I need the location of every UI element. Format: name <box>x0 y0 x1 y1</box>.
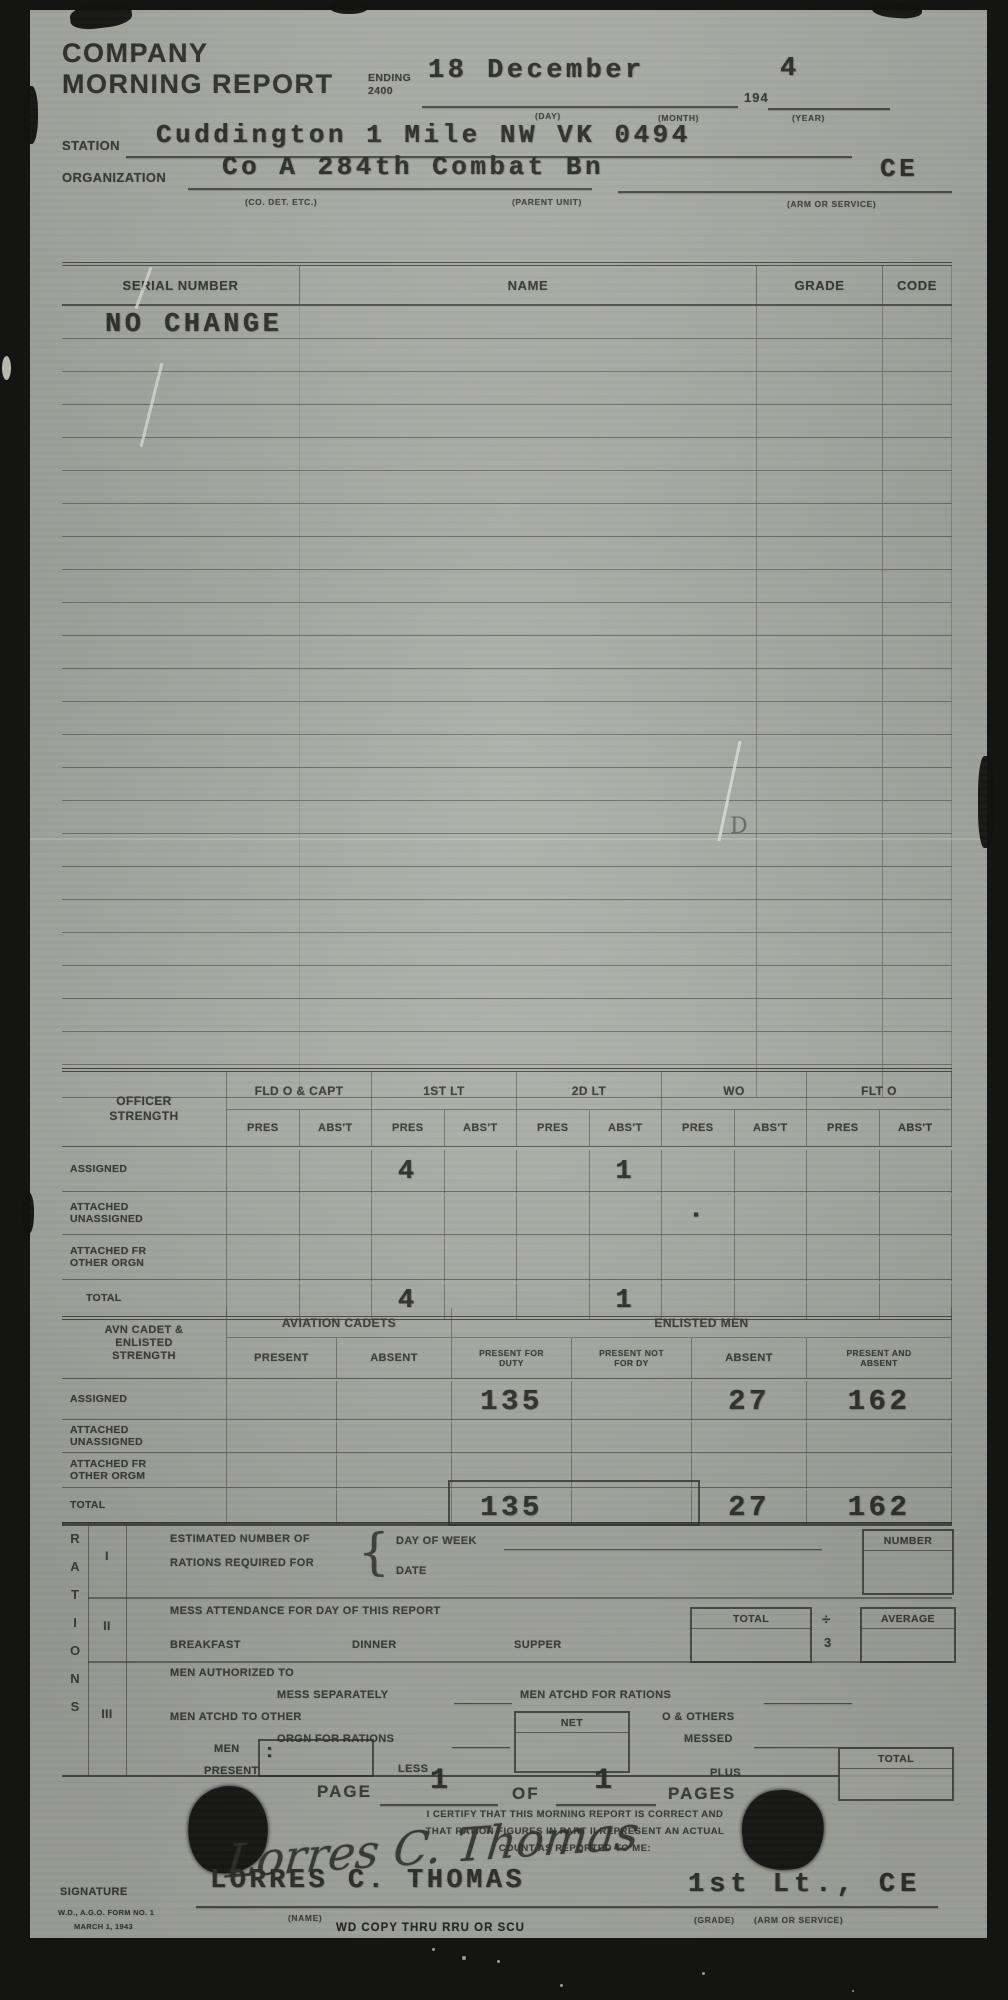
roster-row <box>62 372 952 405</box>
roster-cell-grade <box>757 735 883 767</box>
table-cell <box>662 1150 735 1194</box>
roster-header-code: CODE <box>883 266 952 304</box>
col-group-aviation-cadets: AVIATION CADETS <box>227 1308 452 1338</box>
subcol-pres: PRES <box>807 1110 880 1146</box>
roster-cell-serial <box>62 867 300 899</box>
grade-label: (GRADE) <box>694 1915 735 1925</box>
roster-cell-serial <box>62 537 300 569</box>
year-underline <box>768 108 890 110</box>
roster-cell-serial <box>62 471 300 503</box>
date-label: DATE <box>396 1565 427 1577</box>
scan-artifact <box>30 838 987 840</box>
table-cell <box>590 1238 663 1282</box>
mess-attendance-text: MESS ATTENDANCE FOR DAY OF THIS REPORT <box>170 1605 441 1617</box>
roster-cell-name <box>300 1032 757 1064</box>
enlisted-table-header: AVN CADET & ENLISTED STRENGTH AVIATION C… <box>62 1308 952 1379</box>
date-value: 18 December <box>428 56 645 86</box>
table-cell <box>337 1381 452 1421</box>
dinner-label: DINNER <box>352 1639 397 1651</box>
subcol-present-not-for-duty: PRESENT NOT FOR DY <box>572 1338 692 1378</box>
organization-label: ORGANIZATION <box>62 170 166 185</box>
roster-cell-code <box>883 1032 952 1064</box>
roster-row <box>62 504 952 537</box>
col-group-flt-o: FLT O <box>807 1072 952 1110</box>
roster-cell-grade <box>757 537 883 569</box>
roster-header-name: NAME <box>300 266 757 304</box>
roster-cell-name <box>300 438 757 470</box>
roster-cell-serial <box>62 900 300 932</box>
officer-row-attached-fr-other: ATTACHED FR OTHER ORGN <box>62 1235 952 1280</box>
roster-row <box>62 405 952 438</box>
subcol-abst: ABS'T <box>735 1110 808 1146</box>
roster-cell-code <box>883 735 952 767</box>
report-ending-label: ENDING 2400 <box>368 72 411 98</box>
table-cell <box>880 1150 953 1194</box>
scan-artifact <box>852 1990 854 1992</box>
roster-cell-grade <box>757 966 883 998</box>
form-title-line2: MORNING REPORT <box>62 69 334 100</box>
rations-section: RATIONS I II III ESTIMATED NUMBER OF RAT… <box>62 1522 952 1777</box>
roster-cell-serial <box>62 438 300 470</box>
subcol-pres: PRES <box>517 1110 590 1146</box>
roster-cell-grade <box>757 636 883 668</box>
roster-cell-serial <box>62 372 300 404</box>
subcol-present: PRESENT <box>227 1338 337 1378</box>
table-cell: 162 <box>807 1490 952 1524</box>
col-group-2d-lt: 2D LT <box>517 1072 662 1110</box>
roster-row <box>62 471 952 504</box>
table-cell <box>300 1195 373 1237</box>
col-group-wo: WO <box>662 1072 807 1110</box>
divide-sign: ÷ <box>822 1611 831 1628</box>
men-present-text1: MEN <box>214 1743 240 1755</box>
roster-cell-grade <box>757 900 883 932</box>
roster-cell-name <box>300 933 757 965</box>
scan-artifact <box>24 86 38 144</box>
roster-row <box>62 867 952 900</box>
roster-cell-grade <box>757 570 883 602</box>
subcol-absent: ABSENT <box>337 1338 452 1378</box>
signature-grade-value: 1st Lt., CE <box>688 1870 921 1900</box>
roster-cell-serial <box>62 570 300 602</box>
roster-row <box>62 438 952 471</box>
men-authorized-text1: MEN AUTHORIZED TO <box>170 1667 294 1679</box>
roster-cell-name <box>300 405 757 437</box>
subcol-present-and-absent: PRESENT AND ABSENT <box>807 1338 952 1378</box>
table-cell <box>227 1455 337 1489</box>
roster-cell-code <box>883 438 952 470</box>
hand-drawn-box <box>448 1480 700 1526</box>
row-label: TOTAL <box>62 1488 227 1522</box>
total-box-right-label: TOTAL <box>840 1749 952 1769</box>
roster-table: SERIAL NUMBER NAME GRADE CODE <box>62 262 952 1098</box>
station-value: Cuddington 1 Mile NW VK 0494 <box>156 120 691 150</box>
table-cell <box>227 1422 337 1454</box>
col-group-enlisted-men: ENLISTED MEN <box>452 1308 952 1338</box>
total-box: TOTAL <box>690 1607 812 1663</box>
arm-underline <box>618 191 952 193</box>
roster-cell-code <box>883 339 952 371</box>
roster-row <box>62 900 952 933</box>
roster-cell-name <box>300 372 757 404</box>
roster-cell-code <box>883 999 952 1031</box>
col-group-1st-lt: 1ST LT <box>372 1072 517 1110</box>
roster-cell-serial <box>62 339 300 371</box>
subcol-pres: PRES <box>372 1110 445 1146</box>
arm-or-service-value: CE <box>880 154 918 184</box>
roster-cell-serial <box>62 768 300 800</box>
roster-cell-serial <box>62 636 300 668</box>
table-cell: 27 <box>692 1381 807 1421</box>
subcol-abst: ABS'T <box>300 1110 373 1146</box>
roster-header-serial: SERIAL NUMBER <box>62 266 300 304</box>
subcol-present-for-duty: PRESENT FOR DUTY <box>452 1338 572 1378</box>
parent-unit-label: (PARENT UNIT) <box>512 197 582 207</box>
table-cell <box>300 1238 373 1282</box>
table-cell <box>227 1490 337 1524</box>
row-label: ATTACHED FR OTHER ORGN <box>62 1235 227 1279</box>
scan-artifact <box>978 756 994 848</box>
roster-cell-code <box>883 471 952 503</box>
roster-cell-code <box>883 702 952 734</box>
table-cell <box>452 1422 572 1454</box>
col-group-fldo-capt: FLD O & CAPT <box>227 1072 372 1110</box>
roster-cell-serial <box>62 702 300 734</box>
rations-side-label: RATIONS <box>62 1531 88 1771</box>
roster-cell-name <box>300 900 757 932</box>
roster-cell-code <box>883 504 952 536</box>
number-box-label: NUMBER <box>864 1531 952 1551</box>
table-cell <box>517 1150 590 1194</box>
table-cell: 162 <box>807 1381 952 1421</box>
roster-cell-code <box>883 867 952 899</box>
roster-cell-code <box>883 801 952 833</box>
roster-row <box>62 702 952 735</box>
table-cell: · <box>662 1195 735 1237</box>
scanned-document: COMPANY MORNING REPORT ENDING 2400 18 De… <box>0 0 1008 2000</box>
table-cell <box>372 1238 445 1282</box>
men-authorized-text2: MESS SEPARATELY <box>277 1689 389 1701</box>
roster-cell-name <box>300 999 757 1031</box>
table-cell <box>445 1150 518 1194</box>
subcol-abst: ABS'T <box>445 1110 518 1146</box>
roster-cell-serial <box>62 933 300 965</box>
roster-cell-name <box>300 966 757 998</box>
enlisted-strength-table: AVN CADET & ENLISTED STRENGTH AVIATION C… <box>62 1308 952 1526</box>
rations-part-2: II <box>88 1619 126 1633</box>
scan-artifact <box>497 1960 500 1963</box>
subcol-pres: PRES <box>227 1110 300 1146</box>
men-atchd-for-rations: MEN ATCHD FOR RATIONS <box>520 1689 671 1701</box>
o-and-others-text2: MESSED <box>684 1733 733 1745</box>
roster-cell-grade <box>757 933 883 965</box>
form-id-line2: MARCH 1, 1943 <box>74 1922 133 1931</box>
subcol-abst: ABS'T <box>880 1110 953 1146</box>
roster-cell-grade <box>757 702 883 734</box>
line <box>452 1747 510 1748</box>
row-label: ASSIGNED <box>62 1379 227 1419</box>
station-label: STATION <box>62 138 120 153</box>
enlisted-row-attached-unassigned: ATTACHED UNASSIGNED <box>62 1420 952 1453</box>
line <box>764 1703 852 1704</box>
roster-cell-name <box>300 669 757 701</box>
table-cell <box>662 1238 735 1282</box>
table-cell <box>807 1455 952 1489</box>
form-title: COMPANY MORNING REPORT <box>62 38 334 100</box>
scan-artifact <box>330 0 368 14</box>
roster-cell-name <box>300 636 757 668</box>
table-cell <box>692 1455 807 1489</box>
roster-cell-name <box>300 504 757 536</box>
table-cell <box>735 1195 808 1237</box>
table-cell <box>590 1195 663 1237</box>
roster-cell-code <box>883 669 952 701</box>
roster-cell-code <box>883 306 952 338</box>
breakfast-label: BREAKFAST <box>170 1639 241 1651</box>
roster-cell-code <box>883 570 952 602</box>
roster-cell-grade <box>757 603 883 635</box>
signature-underline <box>196 1906 938 1908</box>
roster-cell-grade <box>757 438 883 470</box>
table-cell <box>880 1238 953 1282</box>
day-of-week-label: DAY OF WEEK <box>396 1535 477 1547</box>
line <box>454 1703 512 1704</box>
table-cell <box>337 1422 452 1454</box>
avn-cadet-title: AVN CADET & ENLISTED STRENGTH <box>62 1308 227 1378</box>
officer-row-assigned: ASSIGNED 41 <box>62 1147 952 1192</box>
page-number: 1 <box>430 1764 452 1798</box>
roster-cell-grade <box>757 999 883 1031</box>
row-label: ASSIGNED <box>62 1147 227 1191</box>
roster-row <box>62 735 952 768</box>
brace-glyph: { <box>358 1523 390 1581</box>
signature-label: SIGNATURE <box>60 1886 128 1898</box>
scan-artifact <box>462 1956 466 1960</box>
total-box-label: TOTAL <box>692 1609 810 1629</box>
scan-artifact <box>22 1192 34 1234</box>
roster-row <box>62 669 952 702</box>
table-cell <box>807 1422 952 1454</box>
officer-table-header: OFFICER STRENGTH FLD O & CAPT 1ST LT 2D … <box>62 1072 952 1147</box>
table-cell <box>337 1490 452 1524</box>
pages-total: 1 <box>594 1764 616 1798</box>
table-cell <box>517 1238 590 1282</box>
divisor-3: 3 <box>824 1635 832 1650</box>
roster-cell-serial <box>62 504 300 536</box>
of-word: OF <box>512 1784 540 1804</box>
roster-cell-grade <box>757 768 883 800</box>
roster-cell-serial <box>62 669 300 701</box>
table-cell <box>517 1195 590 1237</box>
rations-part-1: I <box>88 1549 126 1563</box>
roster-row <box>62 933 952 966</box>
name-label: (NAME) <box>288 1913 322 1923</box>
roster-row <box>62 768 952 801</box>
roster-cell-name <box>300 570 757 602</box>
organization-underline <box>188 188 592 190</box>
table-cell <box>572 1381 692 1421</box>
number-box: NUMBER <box>862 1529 954 1595</box>
roster-cell-serial <box>62 801 300 833</box>
roster-row <box>62 1032 952 1065</box>
table-cell: 4 <box>372 1150 445 1194</box>
average-box-label: AVERAGE <box>862 1609 954 1629</box>
roster-cell-code <box>883 900 952 932</box>
form-title-line1: COMPANY <box>62 38 334 69</box>
table-cell: 135 <box>452 1381 572 1421</box>
men-present-value: : <box>264 1743 278 1763</box>
scan-artifact <box>560 1984 563 1987</box>
roster-cell-grade <box>757 405 883 437</box>
roster-cell-code <box>883 966 952 998</box>
roster-row <box>62 537 952 570</box>
roster-cell-code <box>883 636 952 668</box>
officer-row-attached-unassigned: ATTACHED UNASSIGNED · <box>62 1192 952 1235</box>
roster-cell-name <box>300 801 757 833</box>
table-cell: 27 <box>692 1490 807 1524</box>
row-label: ATTACHED FR OTHER ORGM <box>62 1453 227 1487</box>
stray-handwritten-mark: D <box>730 814 748 839</box>
row-label: ATTACHED UNASSIGNED <box>62 1192 227 1234</box>
table-cell <box>735 1150 808 1194</box>
roster-row <box>62 966 952 999</box>
roster-cell-grade <box>757 306 883 338</box>
supper-label: SUPPER <box>514 1639 562 1651</box>
roster-cell-serial <box>62 735 300 767</box>
roster-cell-serial <box>62 603 300 635</box>
form-id-line1: W.D., A.G.O. FORM NO. 1 <box>58 1908 154 1917</box>
estimated-rations-text2: RATIONS REQUIRED FOR <box>170 1557 314 1569</box>
divider <box>88 1661 952 1663</box>
table-cell <box>337 1455 452 1489</box>
year-prefix: 194 <box>744 90 769 105</box>
roster-cell-name <box>300 339 757 371</box>
rations-part-3: III <box>88 1707 126 1721</box>
roster-cell-serial <box>62 966 300 998</box>
table-cell <box>807 1238 880 1282</box>
table-cell <box>445 1238 518 1282</box>
scan-artifact <box>2 356 11 380</box>
roster-cell-code <box>883 537 952 569</box>
roster-cell-serial <box>62 999 300 1031</box>
scan-artifact <box>702 1972 705 1975</box>
subcol-abst: ABS'T <box>590 1110 663 1146</box>
average-box: AVERAGE <box>860 1607 956 1663</box>
roster-row <box>62 603 952 636</box>
roster-row <box>62 999 952 1032</box>
date-underline <box>422 106 738 108</box>
table-cell: 1 <box>590 1150 663 1194</box>
enlisted-row-assigned: ASSIGNED 13527162 <box>62 1379 952 1420</box>
roster-row <box>62 801 952 834</box>
roster-cell-grade <box>757 339 883 371</box>
roster-cell-name <box>300 735 757 767</box>
roster-cell-code <box>883 768 952 800</box>
table-cell <box>445 1195 518 1237</box>
roster-cell-code <box>883 405 952 437</box>
roster-header-grade: GRADE <box>757 266 883 304</box>
roster-cell-code <box>883 603 952 635</box>
roster-cell-grade <box>757 504 883 536</box>
roster-cell-grade <box>757 372 883 404</box>
table-cell <box>300 1150 373 1194</box>
co-det-label: (CO. DET. ETC.) <box>245 197 317 207</box>
table-cell <box>227 1381 337 1421</box>
day-of-week-line <box>504 1549 822 1550</box>
roster-body <box>62 306 952 1098</box>
roster-cell-name <box>300 603 757 635</box>
roster-cell-grade <box>757 801 883 833</box>
scan-artifact <box>432 1948 435 1951</box>
table-cell <box>227 1150 300 1194</box>
table-cell <box>692 1422 807 1454</box>
roster-header-row: SERIAL NUMBER NAME GRADE CODE <box>62 266 952 306</box>
roster-cell-name <box>300 537 757 569</box>
ending-time: 2400 <box>368 85 411 98</box>
divider <box>88 1597 952 1599</box>
roster-cell-code <box>883 372 952 404</box>
divider <box>126 1525 127 1775</box>
table-cell <box>880 1195 953 1237</box>
roster-row <box>62 339 952 372</box>
arm-or-service-label: (ARM OR SERVICE) <box>787 199 876 209</box>
roster-cell-name <box>300 471 757 503</box>
year-label: (YEAR) <box>792 113 825 123</box>
organization-value: Co A 284th Combat Bn <box>222 152 604 182</box>
roster-row <box>62 636 952 669</box>
copy-routing-note: WD COPY THRU RRU OR SCU <box>336 1922 525 1934</box>
roster-cell-serial <box>62 405 300 437</box>
arm-service-label: (ARM OR SERVICE) <box>754 1915 843 1925</box>
table-cell <box>807 1150 880 1194</box>
subcol-absent: ABSENT <box>692 1338 807 1378</box>
roster-cell-grade <box>757 867 883 899</box>
pages-word: PAGES <box>668 1784 736 1804</box>
total-box-right: TOTAL <box>838 1747 954 1801</box>
signature-typed-name: LORRES C. THOMAS <box>210 1866 525 1896</box>
row-label: ATTACHED UNASSIGNED <box>62 1420 227 1452</box>
net-box-label: NET <box>516 1713 628 1733</box>
page-word: PAGE <box>317 1782 372 1802</box>
roster-row <box>62 570 952 603</box>
men-atchd-other-text1: MEN ATCHD TO OTHER <box>170 1711 302 1723</box>
table-cell <box>572 1422 692 1454</box>
ending-word: ENDING <box>368 72 411 85</box>
roster-cell-grade <box>757 669 883 701</box>
officer-strength-table: OFFICER STRENGTH FLD O & CAPT 1ST LT 2D … <box>62 1068 952 1320</box>
table-cell <box>807 1195 880 1237</box>
roster-cell-name <box>300 768 757 800</box>
roster-cell-grade <box>757 471 883 503</box>
table-cell <box>372 1195 445 1237</box>
morning-report-form: COMPANY MORNING REPORT ENDING 2400 18 De… <box>30 10 987 1938</box>
roster-cell-name <box>300 306 757 338</box>
officer-strength-title: OFFICER STRENGTH <box>62 1072 227 1146</box>
table-cell <box>735 1238 808 1282</box>
roster-cell-serial <box>62 1032 300 1064</box>
o-and-others-text1: O & OTHERS <box>662 1711 734 1723</box>
year-value: 4 <box>780 54 800 84</box>
table-cell <box>227 1238 300 1282</box>
estimated-rations-text1: ESTIMATED NUMBER OF <box>170 1533 310 1545</box>
table-cell <box>227 1195 300 1237</box>
subcol-pres: PRES <box>662 1110 735 1146</box>
roster-cell-name <box>300 867 757 899</box>
roster-cell-name <box>300 702 757 734</box>
roster-cell-code <box>883 933 952 965</box>
no-change-entry: NO CHANGE <box>105 310 282 340</box>
roster-cell-grade <box>757 1032 883 1064</box>
